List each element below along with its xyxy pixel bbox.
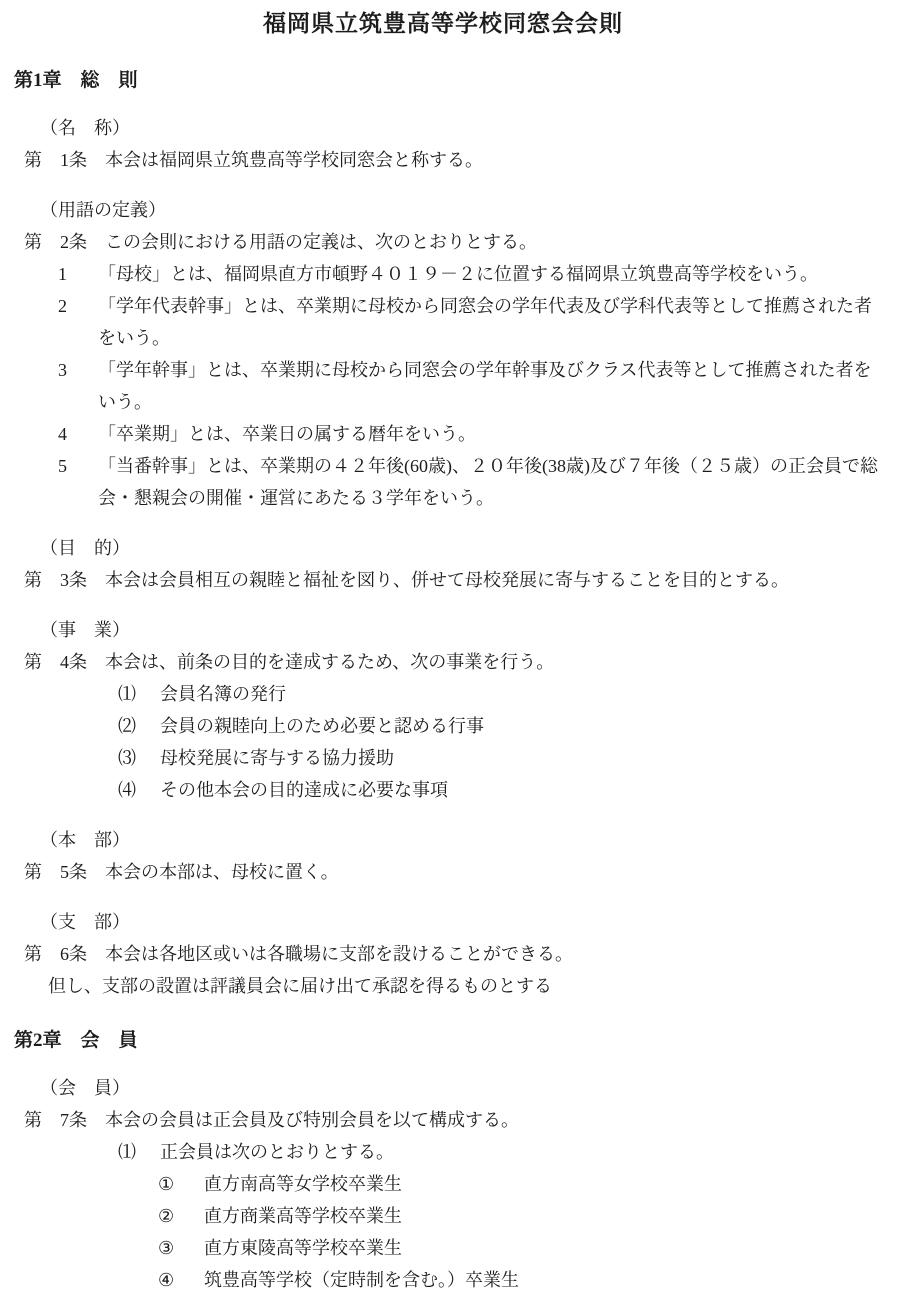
definition-item-3-number: 3 [58, 354, 98, 418]
article-2: 第 2条 この会則における用語の定義は、次のとおりとする。 [24, 226, 886, 258]
business-item-3: ⑶ 母校発展に寄与する協力援助 [118, 742, 886, 774]
article-6-number: 第 6条 [24, 938, 87, 970]
chapter-heading-2: 第2章 会 員 [14, 1028, 886, 1054]
business-item-4-number: ⑷ [118, 774, 160, 806]
article-1-number: 第 1条 [24, 144, 87, 176]
article-7: 第 7条 本会の会員は正会員及び特別会員を以て構成する。 [24, 1104, 886, 1136]
definition-item-5-text: 「当番幹事」とは、卒業期の４２年後(60歳)、２０年後(38歳)及び７年後（２５… [98, 450, 886, 514]
business-item-1: ⑴ 会員名簿の発行 [118, 678, 886, 710]
member-item-1: ⑴ 正会員は次のとおりとする。 [118, 1136, 886, 1168]
definition-item-2-text: 「学年代表幹事」とは、卒業期に母校から同窓会の学年代表及び学科代表等として推薦さ… [98, 290, 886, 354]
business-item-3-number: ⑶ [118, 742, 160, 774]
definition-item-1: 1 「母校」とは、福岡県直方市頓野４０１９－２に位置する福岡県立筑豊高等学校をい… [58, 258, 886, 290]
regular-member-item-3: ③ 直方東陵高等学校卒業生 [158, 1232, 886, 1264]
definition-item-5: 5 「当番幹事」とは、卒業期の４２年後(60歳)、２０年後(38歳)及び７年後（… [58, 450, 886, 514]
definition-item-4: 4 「卒業期」とは、卒業日の属する暦年をいう。 [58, 418, 886, 450]
article-2-text: この会則における用語の定義は、次のとおりとする。 [105, 226, 886, 258]
article-3-number: 第 3条 [24, 564, 87, 596]
definition-item-3: 3 「学年幹事」とは、卒業期に母校から同窓会の学年幹事及びクラス代表等として推薦… [58, 354, 886, 418]
business-item-3-text: 母校発展に寄与する協力援助 [160, 742, 886, 774]
business-item-2-text: 会員の親睦向上のため必要と認める行事 [160, 710, 886, 742]
article-label-headquarters: （本 部） [40, 824, 886, 856]
business-item-1-number: ⑴ [118, 678, 160, 710]
article-7-text: 本会の会員は正会員及び特別会員を以て構成する。 [105, 1104, 886, 1136]
regular-member-item-1-number: ① [158, 1168, 204, 1200]
article-5: 第 5条 本会の本部は、母校に置く。 [24, 856, 886, 888]
article-label-definitions: （用語の定義） [40, 194, 886, 226]
article-label-purpose: （目 的） [40, 532, 886, 564]
regular-member-item-3-number: ③ [158, 1232, 204, 1264]
article-1-text: 本会は福岡県立筑豊高等学校同窓会と称する。 [105, 144, 886, 176]
regular-member-item-2: ② 直方商業高等学校卒業生 [158, 1200, 886, 1232]
article-7-number: 第 7条 [24, 1104, 87, 1136]
business-item-2: ⑵ 会員の親睦向上のため必要と認める行事 [118, 710, 886, 742]
business-item-4-text: その他本会の目的達成に必要な事項 [160, 774, 886, 806]
article-6-proviso: 但し、支部の設置は評議員会に届け出て承認を得るものとする [48, 970, 886, 1002]
chapter-heading-1: 第1章 総 則 [14, 68, 886, 94]
article-4-number: 第 4条 [24, 646, 87, 678]
business-item-2-number: ⑵ [118, 710, 160, 742]
article-5-number: 第 5条 [24, 856, 87, 888]
article-label-branches: （支 部） [40, 906, 886, 938]
definition-item-3-text: 「学年幹事」とは、卒業期に母校から同窓会の学年幹事及びクラス代表等として推薦され… [98, 354, 886, 418]
regular-member-item-4-number: ④ [158, 1264, 204, 1296]
regular-member-item-1: ① 直方南高等女学校卒業生 [158, 1168, 886, 1200]
definition-item-4-number: 4 [58, 418, 98, 450]
business-item-1-text: 会員名簿の発行 [160, 678, 886, 710]
regular-member-item-1-text: 直方南高等女学校卒業生 [204, 1168, 886, 1200]
article-5-text: 本会の本部は、母校に置く。 [105, 856, 886, 888]
document-title: 福岡県立筑豊高等学校同窓会会則 [0, 6, 886, 42]
article-4: 第 4条 本会は、前条の目的を達成するため、次の事業を行う。 [24, 646, 886, 678]
article-6-text: 本会は各地区或いは各職場に支部を設けることができる。 [105, 938, 886, 970]
member-item-1-text: 正会員は次のとおりとする。 [160, 1136, 886, 1168]
regular-member-item-2-number: ② [158, 1200, 204, 1232]
article-4-text: 本会は、前条の目的を達成するため、次の事業を行う。 [105, 646, 886, 678]
business-item-4: ⑷ その他本会の目的達成に必要な事項 [118, 774, 886, 806]
regular-member-item-4: ④ 筑豊高等学校（定時制を含む。）卒業生 [158, 1264, 886, 1296]
article-label-name: （名 称） [40, 112, 886, 144]
document-page: 福岡県立筑豊高等学校同窓会会則 第1章 総 則 （名 称） 第 1条 本会は福岡… [0, 0, 900, 1306]
regular-member-item-3-text: 直方東陵高等学校卒業生 [204, 1232, 886, 1264]
definition-item-2: 2 「学年代表幹事」とは、卒業期に母校から同窓会の学年代表及び学科代表等として推… [58, 290, 886, 354]
article-label-business: （事 業） [40, 614, 886, 646]
definition-item-1-number: 1 [58, 258, 98, 290]
definition-item-5-number: 5 [58, 450, 98, 514]
article-3: 第 3条 本会は会員相互の親睦と福祉を図り、併せて母校発展に寄与することを目的と… [24, 564, 886, 596]
article-2-number: 第 2条 [24, 226, 87, 258]
article-6: 第 6条 本会は各地区或いは各職場に支部を設けることができる。 [24, 938, 886, 970]
regular-member-item-4-text: 筑豊高等学校（定時制を含む。）卒業生 [204, 1264, 886, 1296]
regular-member-item-2-text: 直方商業高等学校卒業生 [204, 1200, 886, 1232]
article-label-members: （会 員） [40, 1072, 886, 1104]
definition-item-2-number: 2 [58, 290, 98, 354]
article-3-text: 本会は会員相互の親睦と福祉を図り、併せて母校発展に寄与することを目的とする。 [105, 564, 886, 596]
definition-item-4-text: 「卒業期」とは、卒業日の属する暦年をいう。 [98, 418, 886, 450]
article-1: 第 1条 本会は福岡県立筑豊高等学校同窓会と称する。 [24, 144, 886, 176]
member-item-1-number: ⑴ [118, 1136, 160, 1168]
definition-item-1-text: 「母校」とは、福岡県直方市頓野４０１９－２に位置する福岡県立筑豊高等学校をいう。 [98, 258, 886, 290]
